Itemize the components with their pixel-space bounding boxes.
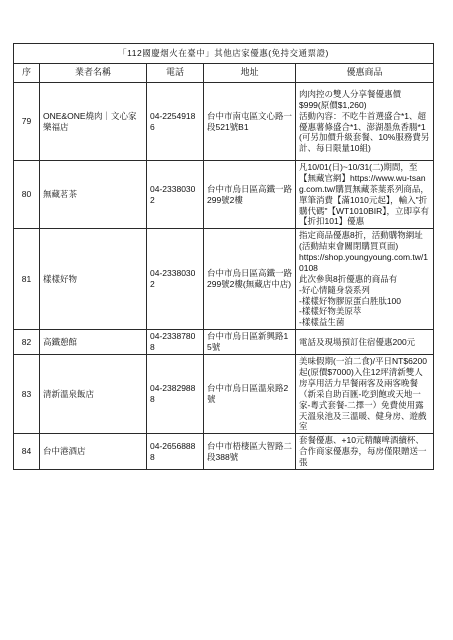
cell-vendor-name: 樣樣好物 (40, 229, 147, 330)
cell-offer: 美味假期(一泊二食)/平日NT$6200起(原價$7000)入住12坪清新雙人房… (296, 355, 434, 434)
cell-phone: 04-22549186 (147, 83, 204, 161)
table-row: 81 樣樣好物 04-23380302 台中市烏日區高鐵一路299號2樓(無藏店… (14, 229, 434, 330)
cell-offer: 肉肉控の雙人分享餐優惠價 $999(原價$1,260) 活動內容：不吃牛首選盛合… (296, 83, 434, 161)
cell-address: 台中市烏日區新興路15號 (204, 330, 296, 355)
cell-phone: 04-26568888 (147, 434, 204, 470)
cell-phone: 04-23380302 (147, 161, 204, 229)
page-title: 「112國慶烟火在臺中」其他店家優惠(免持交通票證) (14, 44, 434, 64)
cell-offer: 電話及現場預訂住宿優惠200元 (296, 330, 434, 355)
cell-phone: 04-23387808 (147, 330, 204, 355)
cell-address: 台中市烏日區溫泉路2號 (204, 355, 296, 434)
document-page: 「112國慶烟火在臺中」其他店家優惠(免持交通票證) 序 業者名稱 電話 地址 … (0, 0, 453, 640)
cell-vendor-name: 清新溫泉飯店 (40, 355, 147, 434)
cell-address: 台中市烏日區高鐵一路299號2樓(無藏店中店) (204, 229, 296, 330)
cell-vendor-name: ONE&ONE燒肉｜文心家樂福店 (40, 83, 147, 161)
table-row: 83 清新溫泉飯店 04-23829888 台中市烏日區溫泉路2號 美味假期(一… (14, 355, 434, 434)
cell-address: 台中市烏日區高鐵一路299號2樓 (204, 161, 296, 229)
cell-offer: 指定商品優惠8折，活動購物網址(活動結束會關閉購買頁面) https://sho… (296, 229, 434, 330)
cell-offer: 套餐優惠、+10元精釀啤酒續杯、合作商家優惠券，每房僅限贈送一張 (296, 434, 434, 470)
title-row: 「112國慶烟火在臺中」其他店家優惠(免持交通票證) (14, 44, 434, 64)
cell-offer: 凡10/01(日)~10/31(二)期間，至【無藏官網】https://www.… (296, 161, 434, 229)
column-header-offer: 優惠商品 (296, 64, 434, 83)
column-header-address: 地址 (204, 64, 296, 83)
cell-phone: 04-23829888 (147, 355, 204, 434)
cell-seq: 83 (14, 355, 40, 434)
cell-seq: 84 (14, 434, 40, 470)
cell-address: 台中市南屯區文心路一段521號B1 (204, 83, 296, 161)
column-header-phone: 電話 (147, 64, 204, 83)
cell-phone: 04-23380302 (147, 229, 204, 330)
table-row: 84 台中港酒店 04-26568888 台中市梧棲區大智路二段388號 套餐優… (14, 434, 434, 470)
cell-vendor-name: 無藏茗茶 (40, 161, 147, 229)
offers-table: 「112國慶烟火在臺中」其他店家優惠(免持交通票證) 序 業者名稱 電話 地址 … (13, 43, 434, 470)
cell-vendor-name: 台中港酒店 (40, 434, 147, 470)
cell-address: 台中市梧棲區大智路二段388號 (204, 434, 296, 470)
table-row: 79 ONE&ONE燒肉｜文心家樂福店 04-22549186 台中市南屯區文心… (14, 83, 434, 161)
column-header-name: 業者名稱 (40, 64, 147, 83)
header-row: 序 業者名稱 電話 地址 優惠商品 (14, 64, 434, 83)
table-row: 82 高鐵憩館 04-23387808 台中市烏日區新興路15號 電話及現場預訂… (14, 330, 434, 355)
column-header-seq: 序 (14, 64, 40, 83)
cell-seq: 82 (14, 330, 40, 355)
cell-seq: 79 (14, 83, 40, 161)
cell-vendor-name: 高鐵憩館 (40, 330, 147, 355)
cell-seq: 81 (14, 229, 40, 330)
cell-seq: 80 (14, 161, 40, 229)
table-row: 80 無藏茗茶 04-23380302 台中市烏日區高鐵一路299號2樓 凡10… (14, 161, 434, 229)
